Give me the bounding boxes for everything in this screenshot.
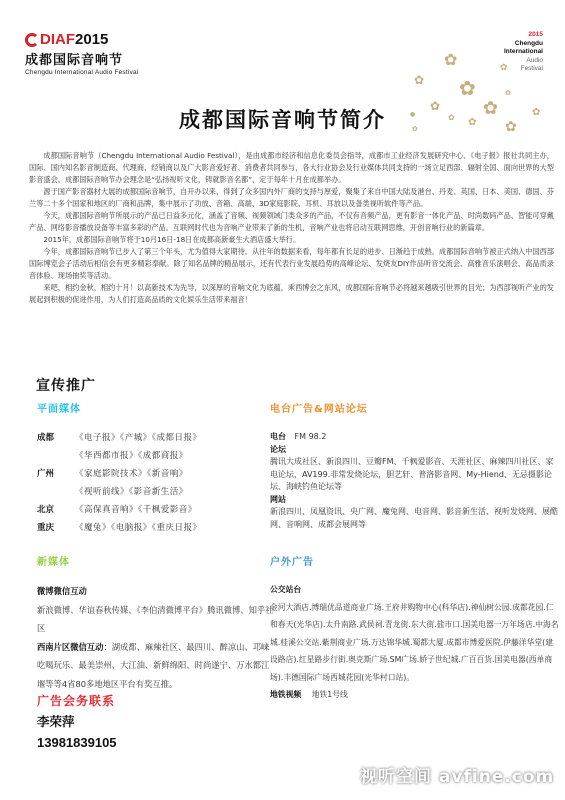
- list-item: 广州 《家庭影院技术》《新音响》: [37, 465, 277, 483]
- print-media-title: 平面媒体: [37, 400, 277, 415]
- intro-paragraph: 来吧，相约金秋，相约十月！以高新技术为先导，以深厚的音响文化为底蕴，乘西博会之东…: [29, 282, 554, 306]
- papers-value: 《电子报》《产城》《成都日报》: [75, 429, 202, 447]
- papers-value: 《魔兔》《电脑报》《重庆日报》: [75, 519, 202, 537]
- list-item: 重庆 《魔兔》《电脑报》《重庆日报》: [37, 519, 277, 537]
- radio-label: 电台: [270, 432, 286, 441]
- papers-value: 《华西都市报》《成都商报》: [75, 447, 188, 465]
- flower-deco-icon: ✿: [414, 74, 424, 86]
- logo-year: 2015: [75, 32, 108, 47]
- intro-section: 成都国际音响节（Chengdu International Audio Fest…: [29, 150, 554, 306]
- contact-name: 李荣萍: [37, 712, 117, 730]
- list-item: 成都 《电子报》《产城》《成都日报》: [37, 429, 277, 447]
- intro-paragraph: 今年，成都国际音响节已步入了第三个年头，尤为值得大家期待。从往年的数据来看，每年…: [29, 246, 554, 282]
- festival-logo: DIAF 2015 成都国际音响节 Chengdu International …: [25, 32, 138, 76]
- city-label: 成都: [37, 429, 75, 447]
- contact-title: 广告会务联系: [37, 692, 117, 709]
- list-item: 北京 《高保真音响》《千枫爱影音》: [37, 501, 277, 519]
- radio-web-title: 电台广告&网站论坛: [270, 400, 560, 415]
- corner-line3: Audio: [504, 57, 543, 66]
- new-media-section: 新媒体 微博微信互动 新浪微博、华谊春秋传媒、《李伯清微博平台》腾讯微博、知乎社…: [37, 553, 277, 693]
- bus-value: 金河大酒店.博瑞优品道商业广场.王府井购物中心(科华店).神仙树公园.成都花园.…: [270, 599, 560, 687]
- watermark: 视听空间 avfine.com: [360, 762, 554, 787]
- papers-value: 《家庭影院技术》《新音响》: [75, 465, 188, 483]
- corner-line1: Chengdu: [504, 40, 543, 49]
- flower-deco-icon: ✿: [444, 52, 457, 68]
- corner-line2: International: [504, 48, 543, 57]
- promo-heading: 宣传推广: [36, 375, 96, 395]
- logo-brand: DIAF: [40, 32, 75, 47]
- corner-line4: Festival: [504, 65, 543, 74]
- metro-value: 地铁1号线: [312, 690, 348, 699]
- page-title: 成都国际音响节简介: [0, 104, 565, 134]
- web-label: 网站: [270, 494, 560, 507]
- new-media-title: 新媒体: [37, 553, 277, 568]
- forum-label: 论坛: [270, 444, 560, 457]
- weibo-value: 新浪微博、华谊春秋传媒、《李伯清微博平台》腾讯微博、知乎社区: [37, 601, 277, 638]
- bus-label: 公交站台: [270, 581, 560, 599]
- city-label: 广州: [37, 465, 75, 483]
- intro-paragraph: 今天，成都国际音响节所展示的产品已日益多元化，涵盖了音频、视频领域门类众多的产品…: [29, 210, 554, 234]
- papers-value: 《视听前线》《影音新生活》: [75, 483, 188, 501]
- city-label: 北京: [37, 501, 75, 519]
- corner-year: 2015: [504, 31, 543, 40]
- list-item: 《视听前线》《影音新生活》: [37, 483, 277, 501]
- city-label: [37, 447, 75, 465]
- intro-paragraph: 源于国产影音器材大展的成都国际音响节，自开办以来，得到了众多国内外厂商的支持与厚…: [29, 186, 554, 210]
- contact-phone: 13981839105: [37, 735, 117, 750]
- sw-line: 西南片区微信互动：湖成都、麻辣社区、最四川、醉凉山、邛崃吃喝玩乐、最美崇州、大江…: [37, 638, 277, 694]
- logo-c-icon: [25, 33, 39, 47]
- flower-deco-icon: ✿: [459, 78, 476, 98]
- outdoor-section: 户外广告 公交站台 金河大酒店.博瑞优品道商业广场.王府井购物中心(科华店).神…: [270, 553, 560, 704]
- radio-value: FM 98.2: [295, 432, 327, 441]
- logo-en-name: Chengdu International Audio Festival: [25, 69, 138, 76]
- metro-label: 地铁视频: [270, 690, 301, 699]
- list-item: 《华西都市报》《成都商报》: [37, 447, 277, 465]
- sw-label: 西南片区微信互动: [37, 642, 103, 652]
- print-media-section: 平面媒体 成都 《电子报》《产城》《成都日报》 《华西都市报》《成都商报》 广州…: [37, 400, 277, 537]
- radio-web-section: 电台广告&网站论坛 电台 FM 98.2 论坛 腾讯大成社区、新浪四川、豆瓣FM…: [270, 400, 560, 531]
- logo-cn-name: 成都国际音响节: [25, 49, 138, 68]
- web-value: 新浪四川、凤凰资讯、央广网、魔兔网、电音网、影音新生活、视听发烧网、展酷网、音响…: [270, 506, 560, 531]
- city-label: 重庆: [37, 519, 75, 537]
- papers-value: 《高保真音响》《千枫爱影音》: [75, 501, 197, 519]
- city-label: [37, 483, 75, 501]
- flower-deco-icon: ✿: [500, 64, 508, 73]
- intro-paragraph: 2015年，成都国际音响节将于10月16日-18日在成都高新豪生大酒店盛大举行。: [29, 234, 554, 246]
- intro-paragraph: 成都国际音响节（Chengdu International Audio Fest…: [29, 150, 554, 186]
- forum-value: 腾讯大成社区、新浪四川、豆瓣FM、千枫爱影音、天涯社区、麻辣四川社区、家电论坛，…: [270, 456, 560, 494]
- metro-line: 地铁视频 地铁1号线: [270, 686, 560, 704]
- corner-tag: 2015 Chengdu International Audio Festiva…: [504, 31, 543, 74]
- weibo-label: 微博微信互动: [37, 582, 277, 601]
- outdoor-title: 户外广告: [270, 553, 560, 568]
- flower-deco-icon: ✿: [505, 90, 511, 97]
- radio-line: 电台 FM 98.2: [270, 431, 560, 444]
- print-media-list: 成都 《电子报》《产城》《成都日报》 《华西都市报》《成都商报》 广州 《家庭影…: [37, 429, 277, 537]
- contact-section: 广告会务联系 李荣萍 13981839105: [37, 692, 117, 750]
